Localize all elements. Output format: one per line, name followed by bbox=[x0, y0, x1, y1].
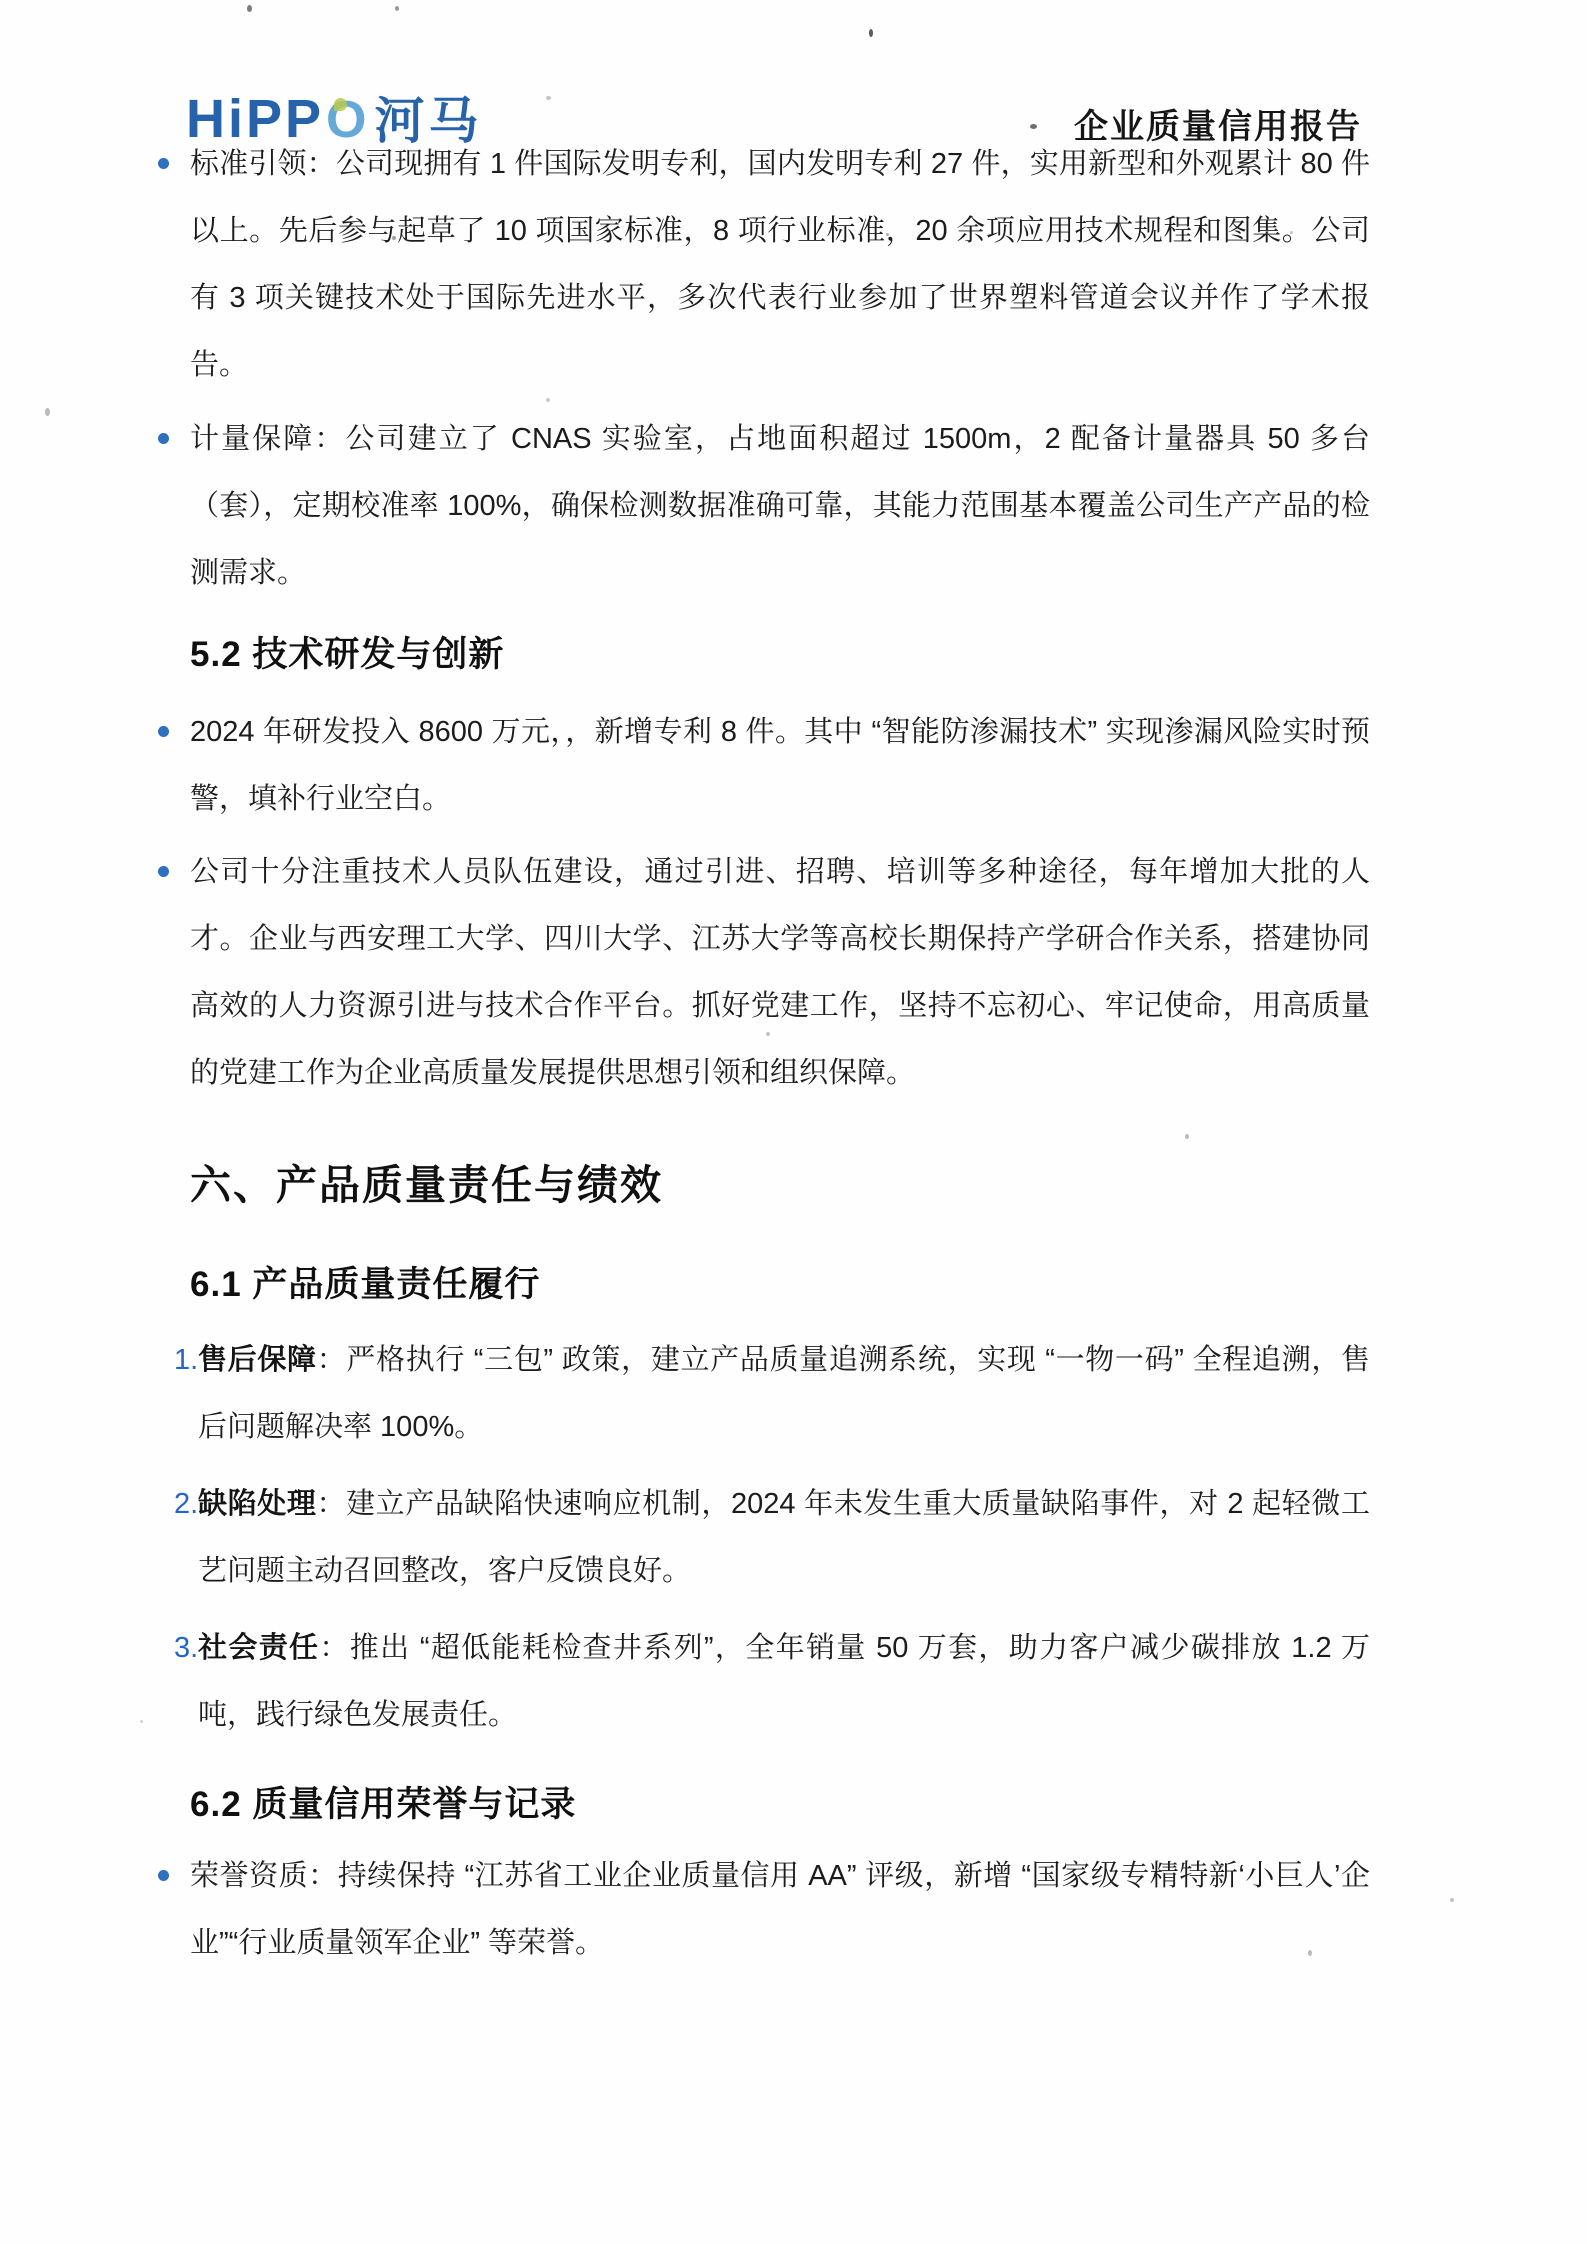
list-item-text: ：严格执行 “三包” 政策，建立产品质量追溯系统，实现 “一物一码” 全程追溯，… bbox=[198, 1344, 1370, 1443]
bullet-icon bbox=[158, 866, 169, 877]
paragraph-metrology-text: 计量保障：公司建立了 CNAS 实验室，占地面积超过 1500m，2 配备计量器… bbox=[190, 423, 1370, 589]
bullet-icon bbox=[158, 1870, 169, 1881]
scan-speck bbox=[1030, 124, 1037, 129]
section-heading-5-2: 5.2 技术研发与创新 bbox=[190, 632, 1370, 678]
paragraph-talent: 公司十分注重技术人员队伍建设，通过引进、招聘、培训等多种途径，每年增加大批的人才… bbox=[190, 839, 1370, 1107]
list-item-text: ：推出 “超低能耗检查井系列”，全年销量 50 万套，助力客户减少碳排放 1.2… bbox=[198, 1632, 1370, 1731]
paragraph-standards-text: 标准引领：公司现拥有 1 件国际发明专利，国内发明专利 27 件，实用新型和外观… bbox=[190, 148, 1370, 381]
paragraph-honor-text: 荣誉资质：持续保持 “江苏省工业企业质量信用 AA” 评级，新增 “国家级专精特… bbox=[190, 1860, 1370, 1959]
list-item-after-sales: 1. 售后保障：严格执行 “三包” 政策，建立产品质量追溯系统，实现 “一物一码… bbox=[198, 1327, 1370, 1461]
list-item-defects: 2. 缺陷处理：建立产品缺陷快速响应机制，2024 年未发生重大质量缺陷事件，对… bbox=[198, 1471, 1370, 1605]
section-heading-6-2: 6.2 质量信用荣誉与记录 bbox=[190, 1782, 1370, 1828]
document-body: 标准引领：公司现拥有 1 件国际发明专利，国内发明专利 27 件，实用新型和外观… bbox=[190, 131, 1370, 1977]
paragraph-metrology: 计量保障：公司建立了 CNAS 实验室，占地面积超过 1500m，2 配备计量器… bbox=[190, 406, 1370, 607]
section-heading-6-1: 6.1 产品质量责任履行 bbox=[190, 1262, 1370, 1308]
scan-speck bbox=[395, 6, 399, 11]
logo-leaf-icon bbox=[334, 98, 347, 111]
scan-speck bbox=[1450, 1898, 1454, 1902]
scan-speck bbox=[140, 1720, 143, 1723]
scan-speck bbox=[869, 29, 873, 37]
bullet-icon bbox=[158, 433, 169, 444]
scan-speck bbox=[546, 96, 551, 100]
scan-speck bbox=[45, 408, 50, 416]
scan-speck bbox=[247, 5, 252, 12]
paragraph-rnd-text: 2024 年研发投入 8600 万元，，新增专利 8 件。其中 “智能防渗漏技术… bbox=[190, 716, 1370, 815]
chapter-heading-6: 六、产品质量责任与绩效 bbox=[190, 1158, 1370, 1212]
list-item-label: 缺陷处理 bbox=[198, 1488, 316, 1520]
paragraph-standards: 标准引领：公司现拥有 1 件国际发明专利，国内发明专利 27 件，实用新型和外观… bbox=[190, 131, 1370, 399]
paragraph-talent-text: 公司十分注重技术人员队伍建设，通过引进、招聘、培训等多种途径，每年增加大批的人才… bbox=[190, 856, 1370, 1089]
paragraph-honor: 荣誉资质：持续保持 “江苏省工业企业质量信用 AA” 评级，新增 “国家级专精特… bbox=[190, 1843, 1370, 1977]
list-item-label: 社会责任 bbox=[198, 1632, 319, 1664]
list-number: 3. bbox=[174, 1615, 198, 1682]
list-item-label: 售后保障 bbox=[198, 1344, 317, 1376]
report-page: HiPP O 河马 企业质量信用报告 标准引领：公司现拥有 1 件国际发明专利，… bbox=[0, 0, 1587, 2244]
list-number: 2. bbox=[174, 1471, 198, 1538]
list-item-text: ：建立产品缺陷快速响应机制，2024 年未发生重大质量缺陷事件，对 2 起轻微工… bbox=[198, 1488, 1370, 1587]
list-number: 1. bbox=[174, 1327, 198, 1394]
bullet-icon bbox=[158, 158, 169, 169]
list-item-social: 3. 社会责任：推出 “超低能耗检查井系列”，全年销量 50 万套，助力客户减少… bbox=[198, 1615, 1370, 1749]
bullet-icon bbox=[158, 726, 169, 737]
paragraph-rnd: 2024 年研发投入 8600 万元，，新增专利 8 件。其中 “智能防渗漏技术… bbox=[190, 699, 1370, 833]
